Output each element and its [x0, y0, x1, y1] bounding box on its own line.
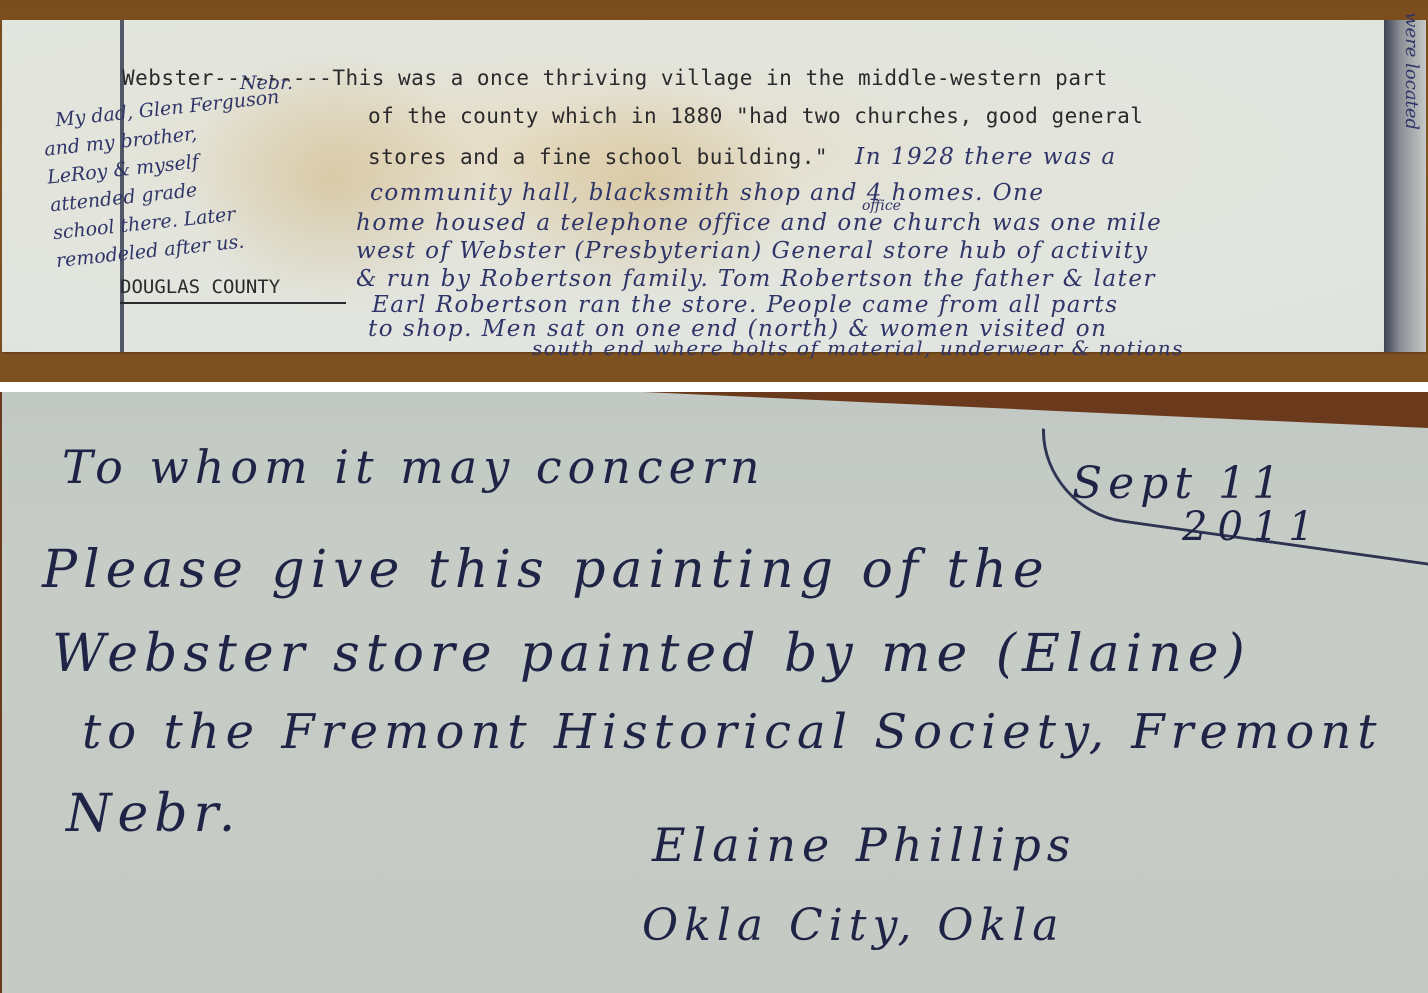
handwritten-line: south end where bolts of material, under…: [532, 336, 1184, 360]
typed-line-3: stores and a fine school building." In 1…: [368, 144, 1117, 170]
handwritten-line: home housed a telephone office and one c…: [356, 210, 1162, 236]
wood-background-top: Nebr. Webster---------This was a once th…: [0, 0, 1428, 382]
handwritten-continuation-start: In 1928 there was a: [855, 144, 1116, 170]
newspaper-clipping: Nebr. Webster---------This was a once th…: [2, 20, 1426, 352]
body-line-2: Webster store painted by me (Elaine): [52, 624, 1251, 684]
signature: Elaine Phillips: [652, 818, 1076, 872]
divider: [0, 382, 1428, 392]
body-line-1: Please give this painting of the: [42, 540, 1050, 600]
margin-note: My dad, Glen Ferguson and my brother, Le…: [40, 83, 295, 275]
signer-location: Okla City, Okla: [642, 900, 1064, 951]
handwritten-line: & run by Robertson family. Tom Robertson…: [356, 266, 1156, 292]
typed-text: This was a once thriving village in the …: [332, 66, 1107, 90]
typed-text: stores and a fine school building.": [368, 145, 828, 169]
vertical-note: were located: [1401, 12, 1422, 130]
wood-background-bottom: To whom it may concern Sept 11 2011 Plea…: [0, 392, 1428, 993]
body-line-4: Nebr.: [66, 784, 241, 844]
handwritten-note: To whom it may concern Sept 11 2011 Plea…: [2, 392, 1428, 993]
handwritten-line: Earl Robertson ran the store. People cam…: [372, 292, 1119, 318]
county-label: DOUGLAS COUNTY: [120, 276, 346, 304]
body-line-3: to the Fremont Historical Society, Fremo…: [82, 704, 1383, 760]
heading-word: Webster: [122, 66, 214, 90]
handwritten-line: west of Webster (Presbyterian) General s…: [356, 238, 1149, 264]
handwritten-line: community hall, blacksmith shop and 4 ho…: [370, 180, 1044, 206]
greeting: To whom it may concern: [62, 440, 766, 494]
typed-line-2: of the county which in 1880 "had two chu…: [368, 104, 1143, 128]
